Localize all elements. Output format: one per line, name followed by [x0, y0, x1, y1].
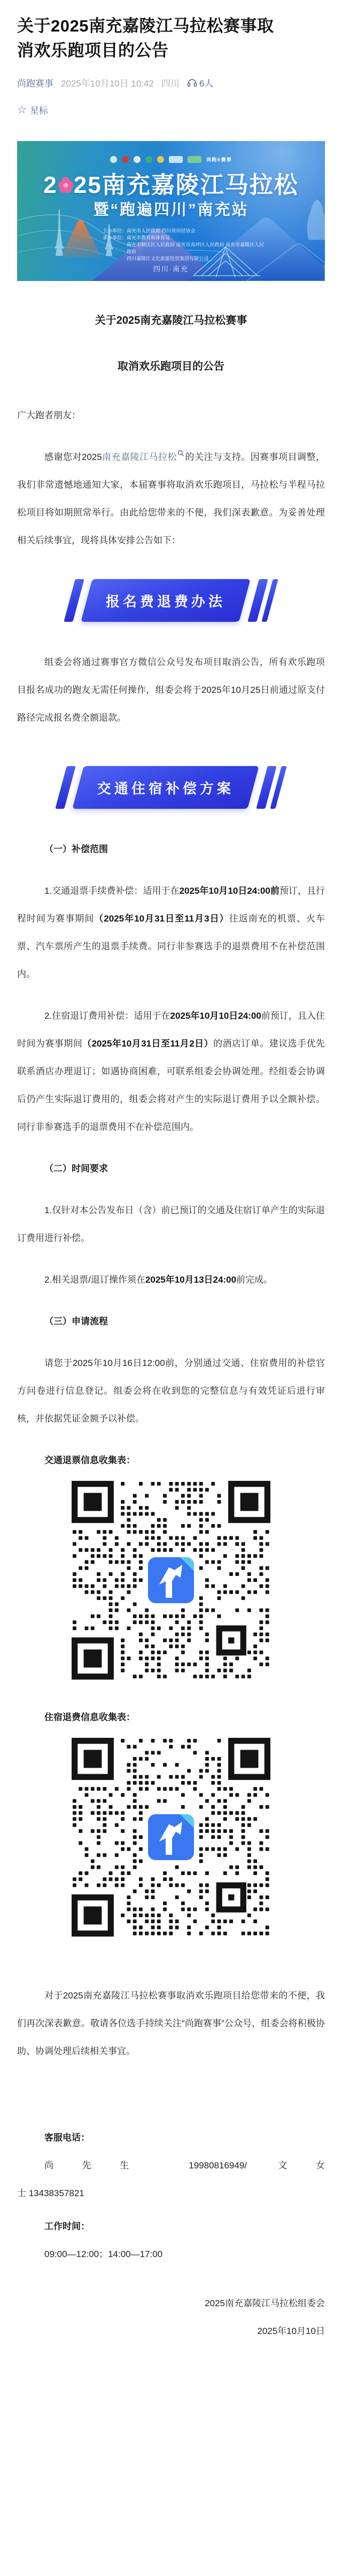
publish-location: 四川 — [161, 76, 180, 89]
section-ribbon-registration-refund: 报名费退费办法 — [17, 579, 325, 622]
ribbon-stripe — [56, 766, 76, 809]
poster-subtitle: 暨“跑遍四川”南充站 — [17, 201, 325, 219]
hotel-qr-label: 住宿退费信息收集表： — [17, 1704, 325, 1731]
customer-service-heading: 客服电话： — [17, 2124, 325, 2152]
article-heading-line1: 关于2025南充嘉陵江马拉松赛事 — [17, 312, 325, 329]
section3-heading: （三）申请流程 — [17, 1308, 325, 1336]
worktime-value: 09:00—12:00；14:00—17:00 — [17, 2241, 325, 2268]
poster-location: 四川·南充 — [17, 263, 325, 274]
intro-paragraph: 感谢您对2025南充嘉陵江马拉松的关注与支持。因赛事项目调整，我们非常遗憾地通知… — [17, 443, 325, 555]
sponsor-logo-icon — [169, 156, 183, 163]
event-poster-banner: 尚跑®赛事 225南充嘉陵江马拉松 暨“跑遍四川”南充站 主办单位：南充市人民政… — [17, 141, 325, 281]
article-meta: 尚跑赛事 2025年10月10日 10:42 四川 6人 — [17, 76, 325, 89]
signature-committee: 2025南充嘉陵江马拉松组委会 — [17, 2290, 325, 2317]
hotel-compensation-paragraph: 2.住宿退订费用补偿：适用于在2025年10月10日24:00前预订，且入住时间… — [17, 1002, 325, 1141]
headphones-icon — [187, 78, 197, 87]
section2-heading: （二）时间要求 — [17, 1155, 325, 1183]
transport-qr-label: 交通退票信息收集表： — [17, 1447, 325, 1474]
listeners-badge[interactable]: 6人 — [187, 76, 213, 89]
star-button[interactable]: ☆ 星标 — [17, 103, 325, 116]
refund-paragraph: 组委会将通过赛事官方微信公众号发布项目取消公告，所有欢乐跑项目报名成功的跑友无需… — [17, 649, 325, 732]
sponsor-logos-row: 尚跑®赛事 — [17, 156, 325, 163]
sponsor-logo-icon — [110, 156, 117, 163]
transport-refund-qr-code — [72, 1481, 270, 1682]
poster-title: 225南充嘉陵江马拉松 — [17, 172, 325, 200]
hotel-refund-qr-code — [72, 1738, 270, 1939]
section1-heading: （一）补偿范围 — [17, 836, 325, 863]
sponsor-logo-icon — [157, 156, 164, 163]
closing-paragraph: 对于2025南充嘉陵江马拉松赛事取消欢乐跑项目给您带来的不便，我们再次深表歉意。… — [17, 1982, 325, 2065]
flower-zero-icon — [58, 173, 74, 200]
star-icon: ☆ — [17, 105, 27, 115]
page-title: 关于2025南充嘉陵江马拉松赛事取消欢乐跑项目的公告 — [17, 14, 325, 63]
time-requirement-2: 2.相关退票/退订操作须在2025年10月13日24:00前完成。 — [17, 1266, 325, 1294]
contact-phones-line1: 尚先生 19980816949/ 文女 — [17, 2152, 325, 2180]
article-heading-line2: 取消欢乐跑项目的公告 — [17, 358, 325, 375]
publish-datetime: 2025年10月10日 10:42 — [61, 76, 154, 89]
sponsor-logo-icon — [145, 156, 152, 163]
search-icon — [177, 450, 184, 457]
time-requirement-1: 1.仅针对本公告发布日（含）前已预订的交通及住宿订单产生的实际退订费用进行补偿。 — [17, 1197, 325, 1252]
section-ribbon-compensation: 交通住宿补偿方案 — [17, 766, 325, 809]
sponsor-logo-icon — [134, 156, 141, 163]
contact-phones-line2: 士 13438357821 — [17, 2180, 325, 2207]
transport-compensation-paragraph: 1.交通退票手续费补偿：适用于在2025年10月10日24:00前预订，且行程时… — [17, 877, 325, 988]
worktime-heading: 工作时间： — [17, 2213, 325, 2241]
account-link[interactable]: 尚跑赛事 — [17, 76, 53, 89]
sponsor-logo-icon — [188, 156, 201, 163]
sponsor-logo-icon — [122, 156, 129, 163]
salutation: 广大跑者朋友： — [17, 402, 325, 430]
signature-date: 2025年10月10日 — [17, 2317, 325, 2345]
brand-logo-text: 尚跑®赛事 — [206, 156, 232, 163]
marathon-topic-link[interactable]: 南充嘉陵江马拉松 — [102, 452, 177, 462]
ribbon-stripe — [64, 579, 84, 622]
poster-organizers: 主办单位：南充市人民政府 四川省田径协会 承办单位：南充市教育和体育局 南充市顺… — [103, 228, 268, 262]
application-process-paragraph: 请您于2025年10月16日12:00前，分别通过交通、住宿费用的补偿官方问卷进… — [17, 1349, 325, 1433]
